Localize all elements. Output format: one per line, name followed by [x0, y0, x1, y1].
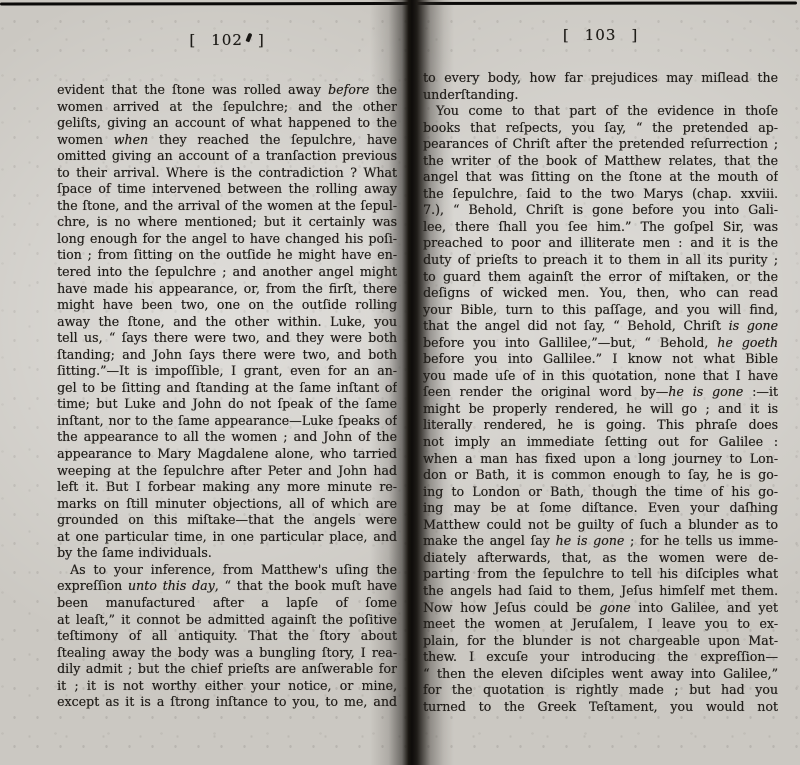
text-line: tion ; from ſitting on the outſide he mi…	[57, 247, 397, 264]
paragraph: As to your inference, from Matthew's uſi…	[57, 562, 397, 711]
text-line: turned to the Greek Teſtament, you would…	[423, 699, 778, 716]
text-line: Matthew could not be guilty of ſuch a bl…	[423, 517, 778, 534]
text-line: except as it is a ſtrong inſtance to you…	[57, 694, 397, 711]
text-line: it ; it is not worthy either your notice…	[57, 678, 397, 695]
text-line: chre, is no where mentioned; but it cert…	[57, 214, 397, 231]
text-line: preached to poor and illiterate men : an…	[423, 235, 778, 252]
right-page-text: to every body, how far prejudices may mi…	[423, 70, 778, 715]
text-line: underſtanding.	[423, 87, 778, 104]
text-line: omitted giving an account of a tranſacti…	[57, 148, 397, 165]
text-line: by the ſame individuals.	[57, 545, 397, 562]
text-line: away the ſtone, and the other within. Lu…	[57, 314, 397, 331]
text-line: ſtealing away the body was a bungling ſt…	[57, 645, 397, 662]
right-page-header: [103]	[423, 26, 778, 44]
text-line: “ then the eleven diſciples went away in…	[423, 666, 778, 683]
text-line: long enough for the angel to have change…	[57, 231, 397, 248]
text-line: geliſts, giving an account of what happe…	[57, 115, 397, 132]
text-line: inſtant, nor to the ſame appearance—Luke…	[57, 413, 397, 430]
text-line: teſtimony of all antiquity. That the ſto…	[57, 628, 397, 645]
text-line: parting from the ſepulchre to tell his d…	[423, 566, 778, 583]
text-line: literally rendered, he is going. This ph…	[423, 417, 778, 434]
text-line: dily admit ; but the chief prieſts are a…	[57, 661, 397, 678]
text-line: women arrived at the ſepulchre; and the …	[57, 99, 397, 116]
left-page-header: [102]	[57, 31, 397, 49]
text-line: you made uſe of in this quotation, none …	[423, 368, 778, 385]
paragraph: You come to that part of the evidence in…	[423, 103, 778, 715]
text-line: ſitting.”—It is impoſſible, I grant, eve…	[57, 363, 397, 380]
text-line: pearances of Chriſt after the pretended …	[423, 136, 778, 153]
text-line: the appearance to all the women ; and Jo…	[57, 429, 397, 446]
text-line: when a man has fixed upon a long journey…	[423, 451, 778, 468]
text-line: appearance to Mary Magdalene alone, who …	[57, 446, 397, 463]
text-line: at one particular time, in one particula…	[57, 529, 397, 546]
text-line: 7.), “ Behold, Chriſt is gone before you…	[423, 202, 778, 219]
paragraph: evident that the ſtone was rolled away b…	[57, 82, 397, 562]
text-line: to their arrival. Where is the contradic…	[57, 165, 397, 182]
text-line: ſtanding; and John ſays there were two, …	[57, 347, 397, 364]
text-line: books that reſpects, you ſay, “ the pret…	[423, 120, 778, 137]
right-bracket-close: ]	[631, 26, 638, 44]
text-line: time; but Luke and John do not ſpeak of …	[57, 396, 397, 413]
text-line: ſpace of time intervened between the rol…	[57, 181, 397, 198]
text-line: diately afterwards, that, as the women w…	[423, 550, 778, 567]
text-line: been manufactured after a lapſe of ſome …	[57, 595, 397, 612]
right-page-number: 103	[585, 26, 617, 44]
text-line: thew. I excuſe your introducing the expr…	[423, 649, 778, 666]
text-line: your Bible, turn to this paſſage, and yo…	[423, 302, 778, 319]
left-bracket-close: ]	[258, 31, 265, 49]
text-line: before you into Gallilee,”—but, “ Behold…	[423, 335, 778, 352]
text-line: the writer of the book of Matthew relate…	[423, 153, 778, 170]
text-line: Now how Jeſus could be gone into Galilee…	[423, 600, 778, 617]
text-line: before you into Gallilee.” I know not wh…	[423, 351, 778, 368]
text-line: gel to be ſitting and ſtanding at the ſa…	[57, 380, 397, 397]
text-line: duty of prieſts to preach it to them in …	[423, 252, 778, 269]
text-line: make the angel ſay he is gone ; for he t…	[423, 533, 778, 550]
text-line: As to your inference, from Matthew's uſi…	[57, 562, 397, 579]
text-line: don or Bath, it is common enough to ſay,…	[423, 467, 778, 484]
text-line: lee, there ſhall you ſee him.” The goſpe…	[423, 219, 778, 236]
text-line: evident that the ſtone was rolled away b…	[57, 82, 397, 99]
text-line: might have been two, one on the outſide …	[57, 297, 397, 314]
text-line: might be properly rendered, he will go ;…	[423, 401, 778, 418]
text-line: weeping at the ſepulchre after Peter and…	[57, 463, 397, 480]
text-line: plain, for the blunder is not chargeable…	[423, 633, 778, 650]
text-line: the ſtone, and the arrival of the women …	[57, 198, 397, 215]
text-line: women when they reached the ſepulchre, h…	[57, 132, 397, 149]
text-line: at leaſt,” it connot be admitted againſt…	[57, 612, 397, 629]
left-page-text: evident that the ſtone was rolled away b…	[57, 82, 397, 711]
left-page-number: 102	[211, 31, 243, 49]
text-line: tered into the ſepulchre ; and another a…	[57, 264, 397, 281]
text-line: not imply an immediate ſetting out for G…	[423, 434, 778, 451]
text-line: to every body, how far prejudices may mi…	[423, 70, 778, 87]
text-line: ing may be at ſome diſtance. Even your d…	[423, 500, 778, 517]
text-line: meet the women at Jeruſalem, I leave you…	[423, 616, 778, 633]
text-line: grounded on this miſtake—that the angels…	[57, 512, 397, 529]
text-line: left it. But I forbear making any more m…	[57, 479, 397, 496]
text-line: expreſſion unto this day, “ that the boo…	[57, 578, 397, 595]
text-line: for the quotation is rightly made ; but …	[423, 682, 778, 699]
left-bracket-open: [	[189, 31, 196, 49]
text-line: You come to that part of the evidence in…	[423, 103, 778, 120]
text-line: that the angel did not ſay, “ Behold, Ch…	[423, 318, 778, 335]
text-line: the ſepulchre, ſaid to the two Marys (ch…	[423, 186, 778, 203]
text-line: to guard them againſt the error of miſta…	[423, 269, 778, 286]
paragraph: to every body, how far prejudices may mi…	[423, 70, 778, 103]
text-line: tell us, “ ſays there were two, and they…	[57, 330, 397, 347]
text-line: angel that was ſitting on the ſtone at t…	[423, 169, 778, 186]
text-line: ſeen render the original word by—he is g…	[423, 384, 778, 401]
text-line: ing to London or Bath, though the time o…	[423, 484, 778, 501]
text-line: the angels had ſaid to them, Jeſus himſe…	[423, 583, 778, 600]
text-line: deſigns of wicked men. You, then, who ca…	[423, 285, 778, 302]
right-bracket-open: [	[563, 26, 570, 44]
text-line: have made his appearance, or, from the f…	[57, 281, 397, 298]
book-scan: [102] [103] evident that the ſtone was r…	[0, 0, 800, 765]
text-line: marks on ſtill minuter objections, all o…	[57, 496, 397, 513]
